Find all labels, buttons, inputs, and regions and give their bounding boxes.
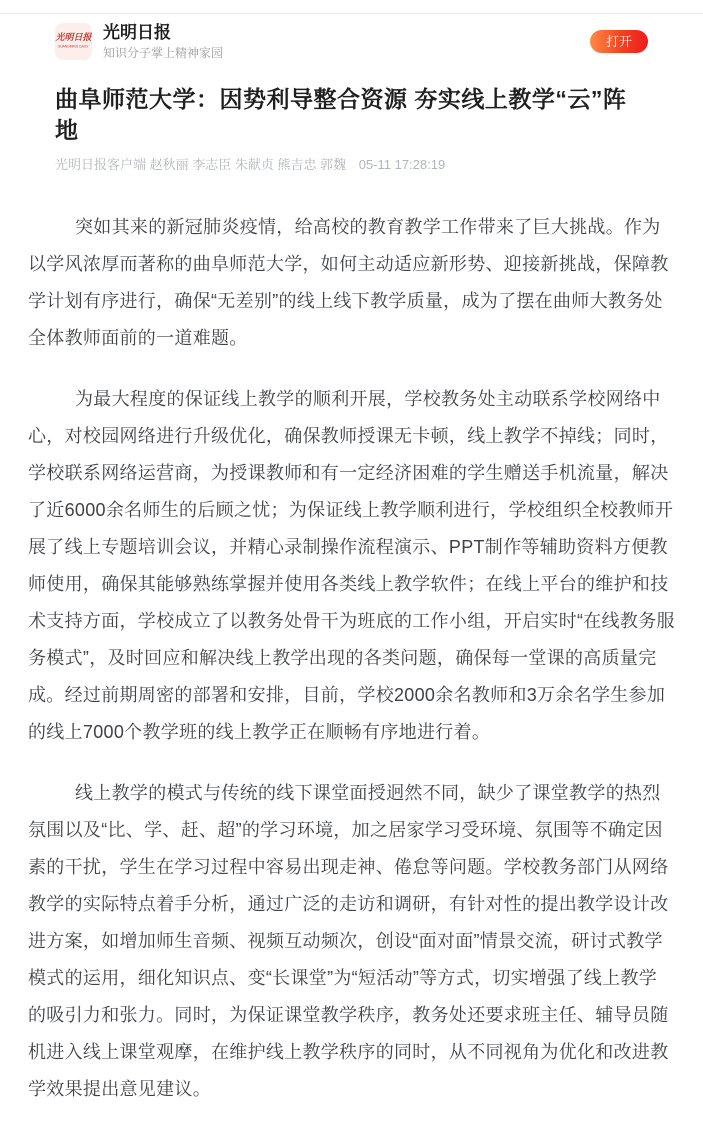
top-divider xyxy=(0,0,703,14)
article-paragraph: 线上教学的模式与传统的线下课堂面授迥然不同，缺少了课堂教学的热烈氛围以及“比、学… xyxy=(28,775,675,1108)
open-app-button[interactable]: 打开 xyxy=(590,30,648,53)
article-main: 曲阜师范大学：因势利导整合资源 夯实线上教学“云”阵地 光明日报客户端 赵秋丽 … xyxy=(0,84,703,1138)
article-body: 突如其来的新冠肺炎疫情，给高校的教育教学工作带来了巨大挑战。作为以学风浓厚而著称… xyxy=(28,209,675,1138)
article-byline: 光明日报客户端 赵秋丽 李志臣 朱献贞 熊吉忠 郭魏 05-11 17:28:1… xyxy=(55,157,648,173)
article-page: 光明日报 GUANGMING DAILY 光明日报 知识分子掌上精神家园 打开 … xyxy=(0,0,703,1138)
app-name: 光明日报 xyxy=(103,23,590,43)
logo-english-text: GUANGMING DAILY xyxy=(58,45,89,48)
article-paragraph: 突如其来的新冠肺炎疫情，给高校的教育教学工作带来了巨大挑战。作为以学风浓厚而著称… xyxy=(28,209,675,357)
byline-timestamp: 05-11 17:28:19 xyxy=(359,157,446,172)
article-paragraph: 为最大程度的保证线上教学的顺利开展，学校教务处主动联系学校网络中心，对校园网络进… xyxy=(28,381,675,751)
byline-authors: 光明日报客户端 赵秋丽 李志臣 朱献贞 熊吉忠 郭魏 xyxy=(55,157,346,172)
app-tagline: 知识分子掌上精神家园 xyxy=(103,46,590,60)
logo-chinese-text: 光明日报 xyxy=(55,33,91,43)
article-title: 曲阜师范大学：因势利导整合资源 夯实线上教学“云”阵地 xyxy=(55,84,648,146)
app-header: 光明日报 GUANGMING DAILY 光明日报 知识分子掌上精神家园 打开 xyxy=(0,14,703,72)
guangming-daily-logo-icon[interactable]: 光明日报 GUANGMING DAILY xyxy=(55,23,92,60)
app-meta: 光明日报 知识分子掌上精神家园 xyxy=(103,23,590,60)
